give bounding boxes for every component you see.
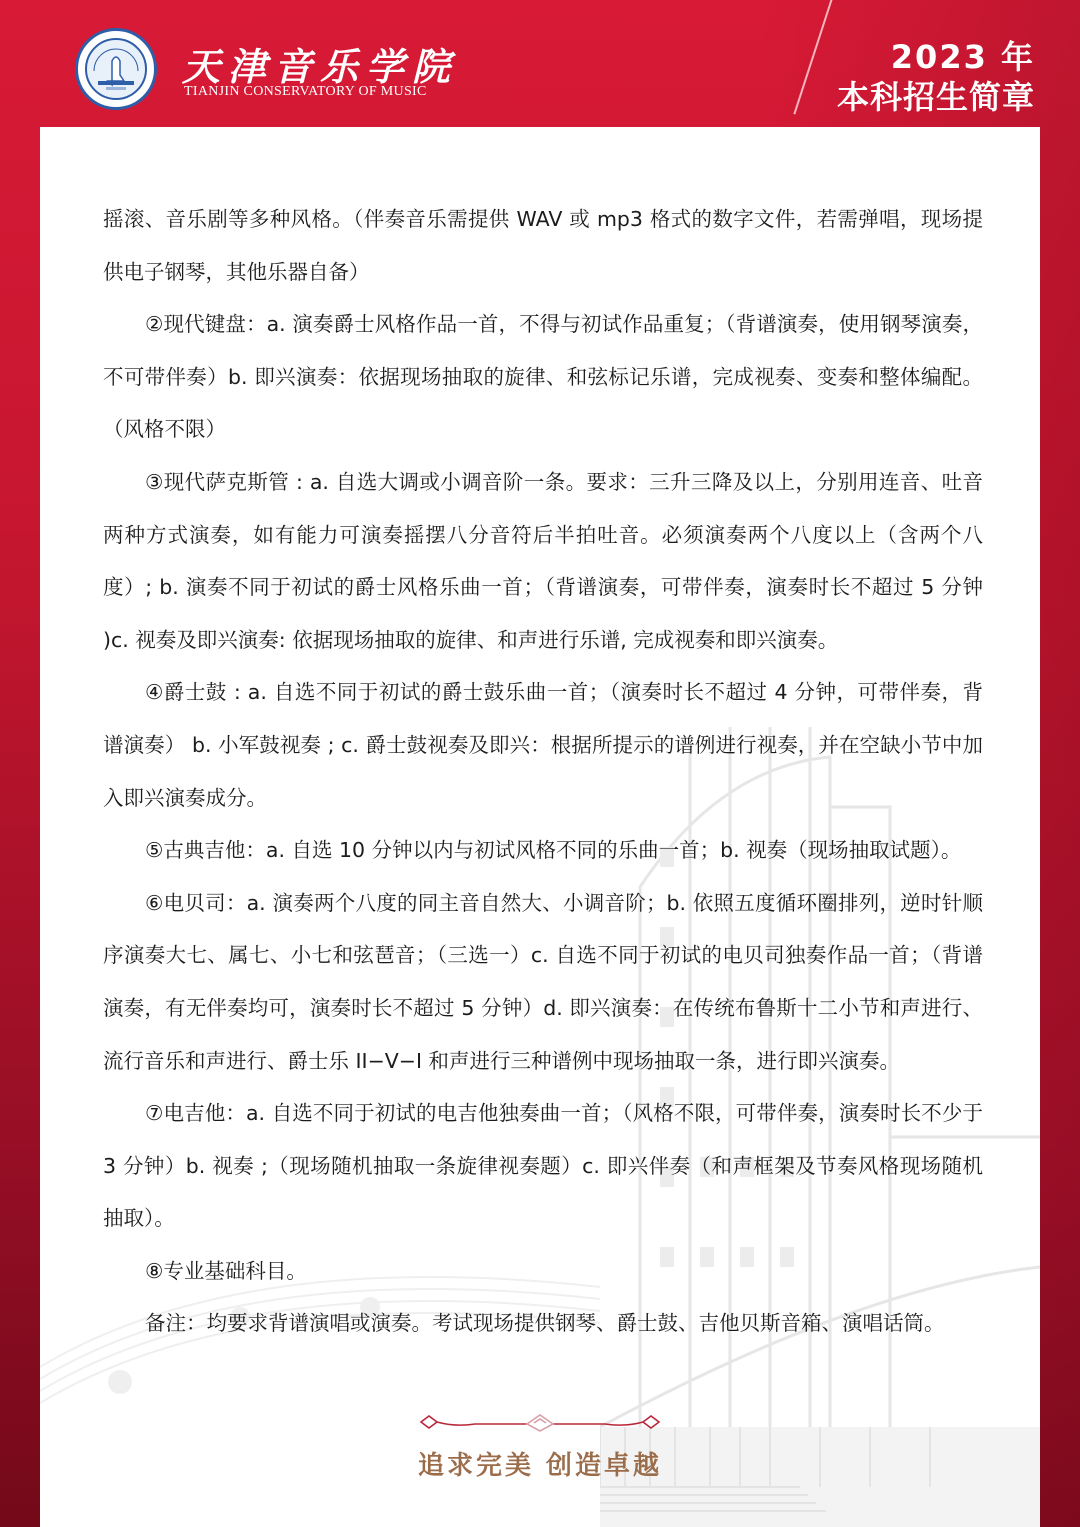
paragraph-modern-keyboard: ②现代键盘：a. 演奏爵士风格作品一首，不得与初试作品重复；（背谱演奏，使用钢琴… xyxy=(103,298,983,456)
paragraph-jazz-drums: ④爵士鼓 : a. 自选不同于初试的爵士鼓乐曲一首；（演奏时长不超过 4 分钟，… xyxy=(103,666,983,824)
decorative-diagonal-line xyxy=(793,0,834,115)
document-body: 摇滚、音乐剧等多种风格。（伴奏音乐需提供 WAV 或 mp3 格式的数字文件，若… xyxy=(103,193,983,1350)
paragraph-basic-subjects: ⑧专业基础科目。 xyxy=(103,1245,983,1298)
decorative-divider-icon xyxy=(415,1407,665,1437)
paragraph-modern-saxophone: ③现代萨克斯管 : a. 自选大调或小调音阶一条。要求：三升三降及以上，分别用连… xyxy=(103,456,983,666)
paragraph-electric-guitar: ⑦电吉他：a. 自选不同于初试的电吉他独奏曲一首；（风格不限，可带伴奏，演奏时长… xyxy=(103,1087,983,1245)
school-name-chinese: 天津音乐学院 xyxy=(182,36,458,91)
background-shade-left xyxy=(0,500,40,1527)
paragraph-remarks: 备注：均要求背谱演唱或演奏。考试现场提供钢琴、爵士鼓、吉他贝斯音箱、演唱话筒。 xyxy=(103,1297,983,1350)
school-name-english: TIANJIN CONSERVATORY OF MUSIC xyxy=(184,84,427,100)
paragraph-vocal-continued: 摇滚、音乐剧等多种风格。（伴奏音乐需提供 WAV 或 mp3 格式的数字文件，若… xyxy=(103,193,983,298)
brochure-title: 本科招生简章 xyxy=(837,72,1035,118)
school-emblem-icon xyxy=(75,28,157,110)
content-panel: 摇滚、音乐剧等多种风格。（伴奏音乐需提供 WAV 或 mp3 格式的数字文件，若… xyxy=(40,127,1040,1527)
paragraph-electric-bass: ⑥电贝司：a. 演奏两个八度的同主音自然大、小调音阶；b. 依照五度循环圈排列，… xyxy=(103,877,983,1087)
page-header: 天津音乐学院 TIANJIN CONSERVATORY OF MUSIC 202… xyxy=(0,0,1080,127)
paragraph-classical-guitar: ⑤古典吉他：a. 自选 10 分钟以内与初试风格不同的乐曲一首；b. 视奏（现场… xyxy=(103,824,983,877)
slogan: 追求完美 创造卓越 xyxy=(40,1445,1040,1482)
